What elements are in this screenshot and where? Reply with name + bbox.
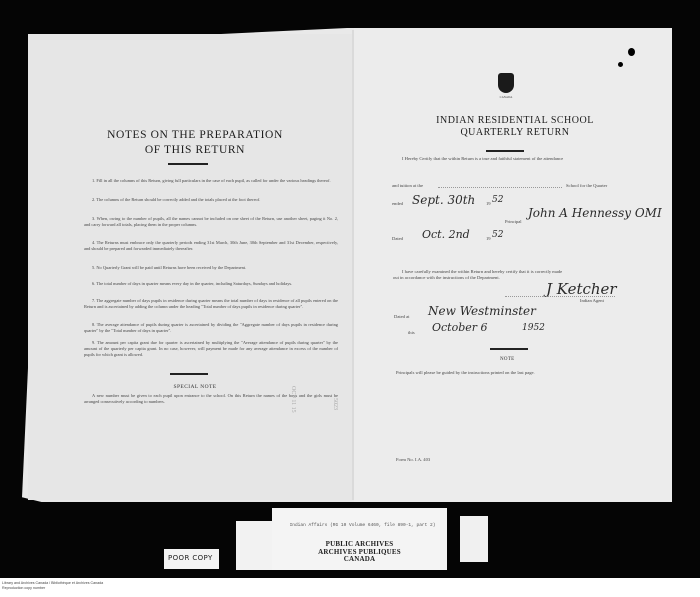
this-date-handwritten: October 6: [432, 321, 488, 334]
divider: [168, 163, 208, 165]
this-year-handwritten: 1952: [522, 323, 545, 333]
special-note-text: A new number must be given to each pupil…: [84, 393, 338, 405]
dated-at-handwritten: New Westminster: [428, 304, 536, 318]
note-item-3: 3. When, owing to the number of pupils, …: [84, 216, 338, 228]
principal-label: Principal: [505, 219, 522, 224]
dated-year-prefix: 19: [486, 236, 491, 241]
received-stamp: OCT 11 15: [290, 386, 296, 413]
note-text: Principals will please be guided by the …: [396, 370, 535, 375]
footer-credit: Library and Archives Canada / Bibliothèq…: [2, 581, 103, 590]
ended-year-prefix: 19: [486, 201, 491, 206]
note-item-7: 7. The aggregate number of days pupils i…: [84, 298, 338, 310]
note-item-5: 5. No Quarterly Grant will be paid until…: [84, 265, 338, 271]
divider: [486, 150, 524, 152]
school-name-field: [438, 187, 562, 188]
archive-label-tab: [236, 521, 276, 570]
this-label: this: [408, 330, 415, 335]
dated-at-label: Dated at: [394, 314, 409, 319]
divider: [170, 373, 208, 375]
note-item-8: 8. The average attendance of pupils duri…: [84, 322, 338, 334]
ended-label: ended: [392, 201, 403, 206]
page-fold: [352, 30, 354, 500]
dated-year-handwritten: 52: [492, 230, 503, 240]
note-item-6: 6. The total number of days in quarter m…: [84, 281, 338, 287]
dated-label: Dated: [392, 236, 403, 241]
canada-crest-icon: CANADA: [496, 73, 516, 101]
note-item-1: 1. Fill in all the columns of this Retur…: [84, 178, 338, 184]
ended-year-handwritten: 52: [492, 195, 503, 205]
note-item-9: 9. The amount per capita grant due for q…: [84, 340, 338, 358]
notes-title: NOTES ON THE PREPARATION OF THIS RETURN: [60, 128, 330, 158]
principal-signature: John A Hennessy OMI: [528, 206, 662, 220]
agent-cert-line2: out in accordance with the instructions …: [393, 275, 500, 280]
file-number-stamp: 5023: [332, 398, 338, 410]
form-number: Form No. I.A. 403: [396, 457, 430, 462]
punch-hole: [618, 62, 623, 67]
note-item-2: 2. The columns of the Return should be c…: [84, 197, 338, 203]
agent-label: Indian Agent: [580, 298, 604, 303]
agent-signature-line: [505, 296, 615, 297]
certify-text: I Hereby Certify that the within Return …: [402, 156, 563, 161]
punch-hole: [628, 48, 635, 56]
ended-date-handwritten: Sept. 30th: [412, 193, 475, 207]
divider: [490, 348, 528, 350]
return-title: INDIAN RESIDENTIAL SCHOOL QUARTERLY RETU…: [400, 115, 630, 139]
poor-copy-label: POOR COPY: [164, 549, 219, 569]
school-suffix: School for the Quarter: [566, 183, 607, 188]
archive-reference: Indian Affairs (RG 10 Volume 6460, file …: [275, 523, 450, 528]
note-item-4: 4. The Returns must embrace only the qua…: [84, 240, 338, 252]
archive-name: PUBLIC ARCHIVES ARCHIVES PUBLIQUES CANAD…: [272, 541, 447, 564]
agent-cert-line1: I have carefully examined the within Ret…: [402, 269, 562, 274]
dated-handwritten: Oct. 2nd: [422, 228, 470, 241]
archive-label-tab: [460, 516, 488, 562]
note-heading: NOTE: [500, 357, 515, 362]
school-prefix: and tuition at the: [392, 183, 423, 188]
